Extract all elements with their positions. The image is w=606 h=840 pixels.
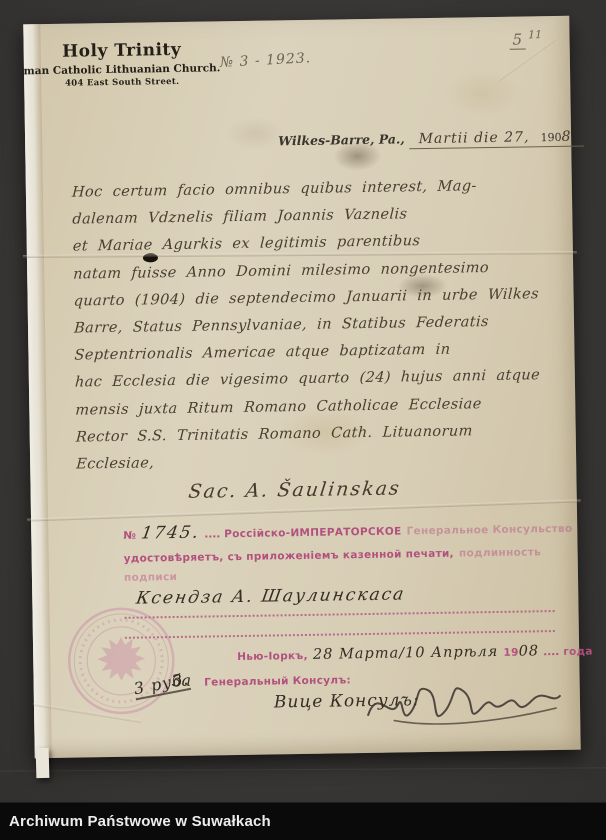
pencil-page-mark: 511	[509, 28, 542, 49]
consulate-printed-line1b: Генеральное Консульство	[406, 523, 572, 538]
document-page: Holy Trinity man Catholic Lithuanian Chu…	[23, 16, 580, 758]
dateline-handwritten-date: Martii die 27,	[419, 129, 530, 147]
dateline-blank-line: Martii die 27, 1908	[408, 126, 584, 150]
pencil-file-number: № 3 - 1923.	[220, 50, 312, 71]
consulate-printed-line2a: удостовѣряетъ, съ приложеніемъ казенной …	[124, 548, 454, 565]
consular-date-row: Нью-Іоркъ, 28 Марта/10 Апрѣля 1908 года	[125, 640, 577, 666]
vice-consul-signature-flourish	[364, 674, 565, 737]
consular-date-handwritten: 28 Марта/10 Апрѣля	[313, 644, 499, 663]
consular-certification: № 1745. Россійско-ИМПЕРАТОРСКОЕ Генераль…	[123, 517, 578, 747]
vice-consul-row: Вице Консулъ:	[126, 688, 579, 747]
consular-number-row: № 1745. Россійско-ИМПЕРАТОРСКОЕ Генераль…	[123, 517, 575, 544]
church-letterhead: Holy Trinity man Catholic Lithuanian Chu…	[10, 39, 235, 90]
letterhead-address: 404 East South Street.	[10, 76, 234, 90]
caption-bar: Archiwum Państwowe w Suwałkach	[0, 802, 606, 840]
dotted-rule	[125, 622, 555, 639]
certificate-body: Hoc certum facio omnibus quibus interest…	[72, 172, 569, 505]
paper-stain	[444, 69, 520, 118]
pencil-page-number: 5	[509, 30, 525, 49]
letterhead-subtitle: man Catholic Lithuanian Church.	[10, 62, 234, 78]
page-fold-edge	[23, 24, 52, 758]
priest-signature: Sac. A. Šaulinskas	[75, 475, 570, 505]
archive-caption: Archiwum Państwowe w Suwałkach	[9, 813, 271, 830]
consular-year-suffix: года	[563, 645, 593, 657]
dateline-year-digit: 8	[561, 129, 570, 145]
consular-number-handwritten: 1745.	[140, 523, 202, 544]
backing-board-edge	[0, 767, 606, 771]
consular-seal	[58, 598, 184, 724]
consulate-printed-line1a: Россійско-ИМПЕРАТОРСКОЕ	[224, 525, 401, 540]
dateline-place: Wilkes-Barre, Pa.,	[278, 131, 405, 148]
consular-city: Нью-Іоркъ,	[237, 650, 308, 663]
consul-title: Генеральный Консулъ:	[204, 674, 351, 688]
consular-year-digits: 08	[519, 643, 540, 659]
number-sign: №	[123, 530, 136, 542]
letterhead-title: Holy Trinity	[10, 39, 234, 63]
paper-stain	[225, 116, 286, 151]
dateline: Wilkes-Barre, Pa.,Martii die 27, 1908	[278, 126, 585, 152]
double-eagle-icon	[97, 636, 146, 681]
dotted-leader	[205, 526, 219, 537]
dotted-leader	[544, 644, 558, 655]
page-fold-tail	[36, 748, 50, 778]
dateline-printed-year: 190	[540, 131, 561, 144]
pencil-page-superscript: 11	[528, 28, 542, 41]
archive-photo-background: Holy Trinity man Catholic Lithuanian Chu…	[0, 0, 606, 840]
consular-year-printed: 19	[503, 647, 518, 659]
